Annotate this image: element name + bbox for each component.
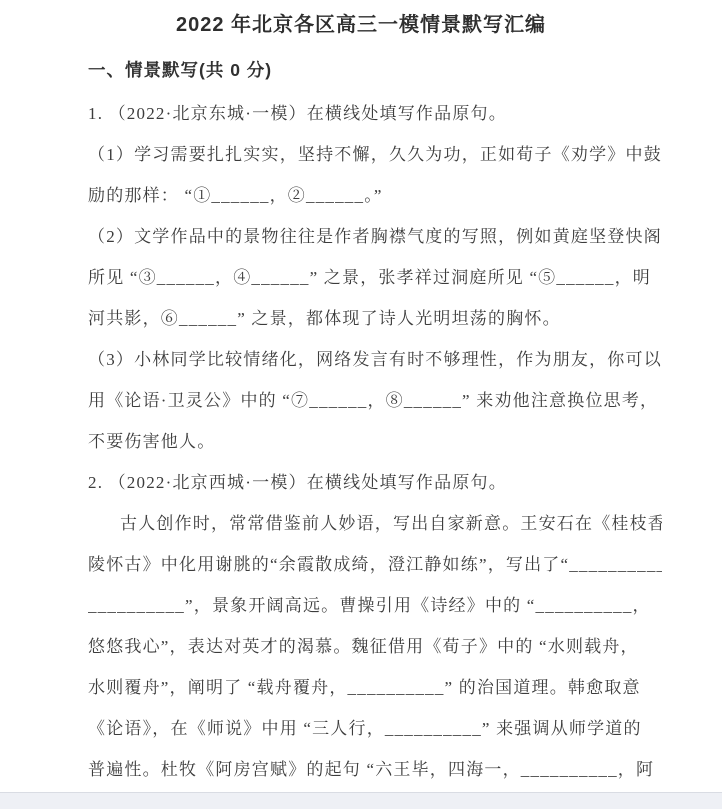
text-line: 普遍性。杜牧《阿房宫赋》的起句 “六王毕，四海一，__________，阿 (88, 749, 662, 790)
text-line: 古人创作时，常常借鉴前人妙语，写出自家新意。王安石在《桂枝香·金 (88, 503, 662, 544)
page-bottom-gap (0, 792, 722, 809)
text-line: 悠悠我心”，表达对英才的渴慕。魏征借用《荀子》中的 “水则载舟， (88, 626, 662, 667)
text-line: __________”，景象开阔高远。曹操引用《诗经》中的 “_________… (88, 585, 662, 626)
text-line: 河共影，⑥______” 之景，都体现了诗人光明坦荡的胸怀。 (88, 298, 662, 339)
text-line: 陵怀古》中化用谢朓的“余霞散成绮，澄江静如练”，写出了“__________， (88, 544, 662, 585)
text-line: （1）学习需要扎扎实实，坚持不懈，久久为功，正如荀子《劝学》中鼓 (88, 134, 662, 175)
text-line: （2）文学作品中的景物往往是作者胸襟气度的写照，例如黄庭坚登快阁 (88, 216, 662, 257)
document-body: 1. （2022·北京东城·一模）在横线处填写作品原句。 （1）学习需要扎扎实实… (0, 93, 722, 790)
text-line: 《论语》，在《师说》中用 “三人行，__________” 来强调从师学道的 (88, 708, 662, 749)
question-2-header: 2. （2022·北京西城·一模）在横线处填写作品原句。 (88, 462, 662, 503)
document-title: 2022 年北京各区高三一模情景默写汇编 (0, 0, 722, 41)
text-line: 不要伤害他人。 (88, 421, 662, 462)
document-page: 2022 年北京各区高三一模情景默写汇编 一、情景默写(共 0 分) 1. （2… (0, 0, 722, 792)
text-line: 励的那样： “①______，②______。” (88, 175, 662, 216)
text-line: 水则覆舟”，阐明了 “载舟覆舟，__________” 的治国道理。韩愈取意 (88, 667, 662, 708)
section-heading: 一、情景默写(共 0 分) (88, 55, 722, 85)
text-line: 所见 “③______，④______” 之景，张孝祥过洞庭所见 “⑤_____… (88, 257, 662, 298)
text-line: 用《论语·卫灵公》中的 “⑦______，⑧______” 来劝他注意换位思考， (88, 380, 662, 421)
question-1-header: 1. （2022·北京东城·一模）在横线处填写作品原句。 (88, 93, 662, 134)
text-line: （3）小林同学比较情绪化，网络发言有时不够理性，作为朋友，你可以 (88, 339, 662, 380)
